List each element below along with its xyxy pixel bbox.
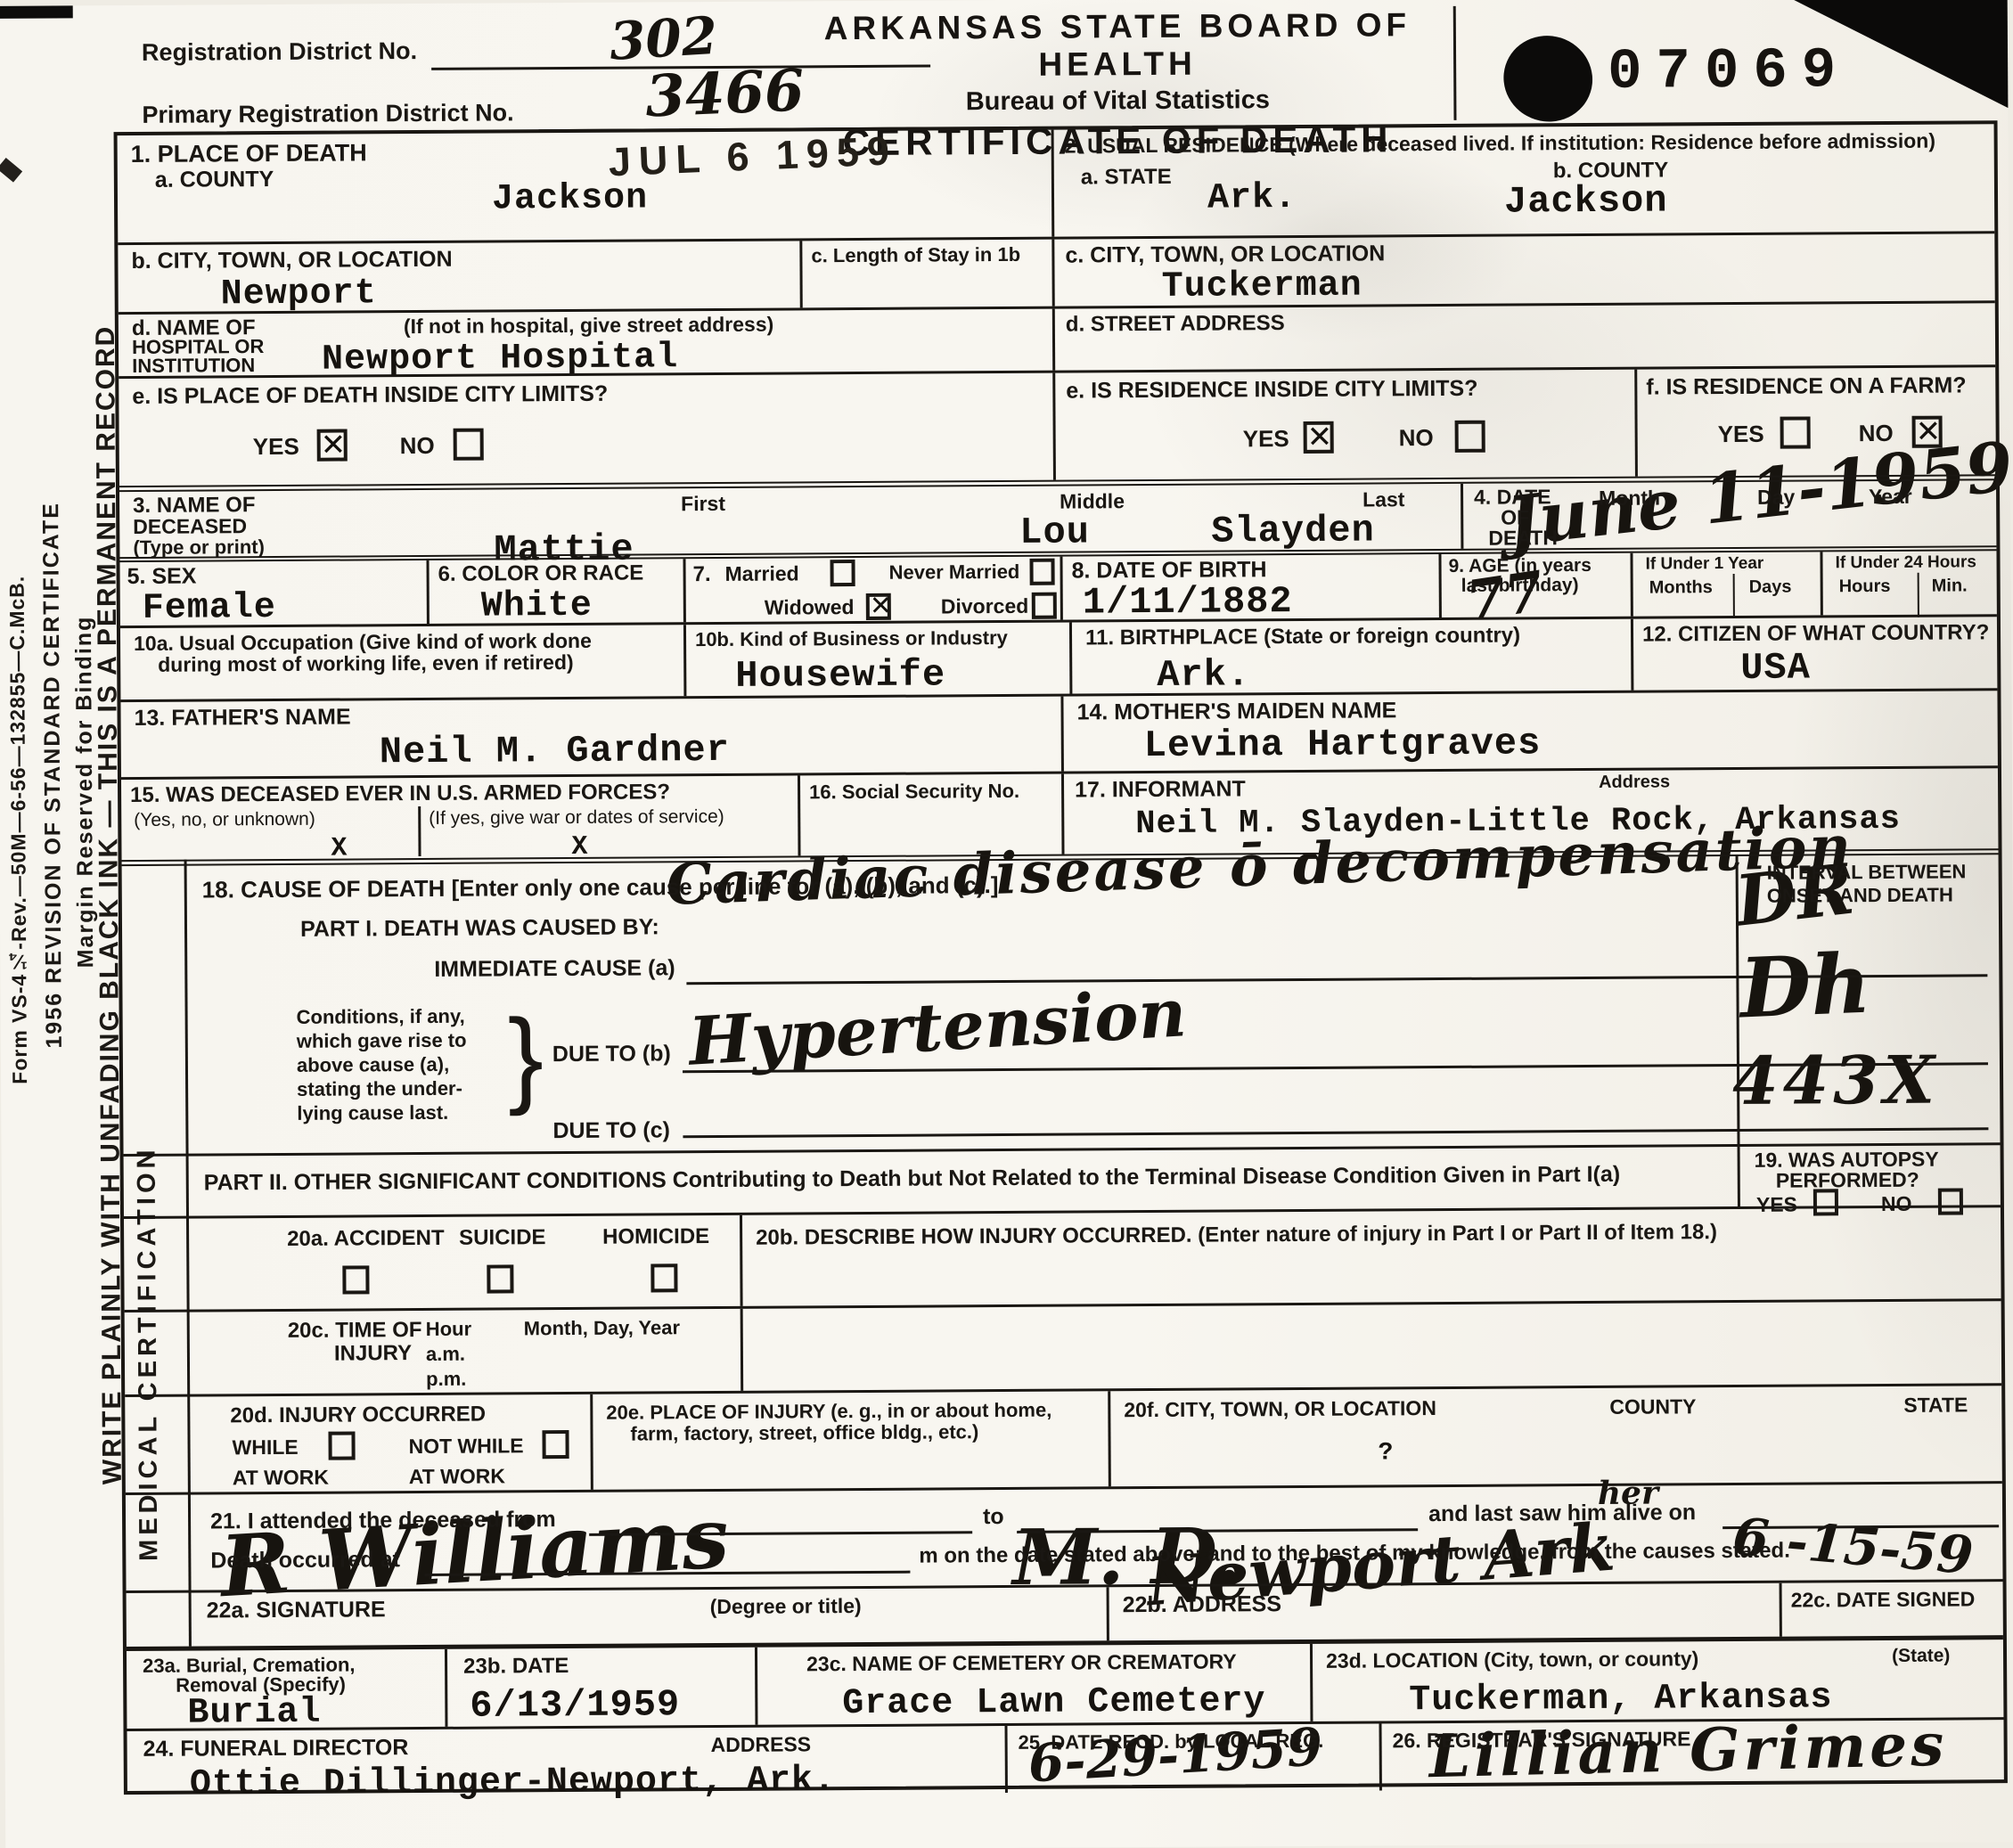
scan-speck xyxy=(0,158,22,183)
row-time-of-injury: 20c. TIME OF INJURY Hour a.m. p.m. Month… xyxy=(125,1298,2002,1394)
field-age: 9. AGE (in years last birthday) xyxy=(1438,553,1630,617)
farm-yes-label: YES xyxy=(1718,421,1764,448)
residence-city-label: c. CITY, TOWN, OR LOCATION xyxy=(1065,241,1385,268)
field-street-address: d. STREET ADDRESS xyxy=(1052,303,1995,370)
field-date-of-birth: 8. DATE OF BIRTH 1/11/1882 xyxy=(1060,554,1438,620)
cause-immediate-label: IMMEDIATE CAUSE (a) xyxy=(434,955,675,983)
not-while-label: NOT WHILE xyxy=(408,1434,523,1459)
checkbox-divorced xyxy=(1032,593,1057,619)
row-funeral-director: 24. FUNERAL DIRECTOR ADDRESS Ottie Dilli… xyxy=(127,1717,2003,1798)
checkbox-place-limits-yes-mark: ✕ xyxy=(321,433,344,458)
dob-value: 1/11/1882 xyxy=(1083,580,1293,624)
place-limits-no-label: NO xyxy=(400,432,435,460)
field-injury-city: 20f. CITY, TOWN, OR LOCATION COUNTY STAT… xyxy=(1108,1386,2002,1486)
field-business-industry: 10b. Kind of Business or Industry Housew… xyxy=(683,623,1069,697)
name-middle-label: Middle xyxy=(1060,489,1125,513)
field-marital-status: 7. Married Never Married Widowed ✕ Divor… xyxy=(683,557,1060,623)
registration-district-value: 302 xyxy=(608,10,718,68)
residence-city-value: Tuckerman xyxy=(1162,266,1362,307)
field-usual-residence: 2. USUAL RESIDENCE (Where deceased lived… xyxy=(1052,124,1995,236)
place-limits-yes-label: YES xyxy=(253,433,299,461)
field-place-of-injury: 20e. PLACE OF INJURY (e. g., in or about… xyxy=(590,1391,1109,1490)
cause-label: 18. CAUSE OF DEATH [Enter only one cause… xyxy=(202,871,999,904)
checkbox-place-limits-no xyxy=(454,429,484,461)
sex-label: 5. SEX xyxy=(127,564,197,590)
margin-form-number: Form VS-4¼-Rev.—50M—6-56—132855—C.McB. xyxy=(4,389,32,1084)
marital-divorced-label: Divorced xyxy=(941,594,1029,619)
funeral-director-value: Ottie Dillinger-Newport, Ark. xyxy=(190,1761,836,1804)
checkbox-not-while-at-work xyxy=(542,1430,569,1459)
field-autopsy: 19. WAS AUTOPSY PERFORMED? YES NO xyxy=(1738,1145,2001,1206)
business-value: Housewife xyxy=(735,653,945,697)
armed-forces-note1: (Yes, no, or unknown) xyxy=(134,809,315,831)
homicide-label: HOMICIDE xyxy=(602,1224,709,1250)
checkbox-place-limits-yes: ✕ xyxy=(317,429,348,462)
residence-limits-label: e. IS RESIDENCE INSIDE CITY LIMITS? xyxy=(1066,376,1477,405)
dod-label-line3: DEATH xyxy=(1488,526,1558,550)
cause-due-b-label: DUE TO (b) xyxy=(552,1041,671,1067)
attended-to-label: to xyxy=(983,1504,1004,1530)
state-sub-label: (State) xyxy=(1892,1646,1950,1667)
date-received-label: 25. DATE RECD. by LOCAL REG. xyxy=(1019,1729,1324,1754)
row-place-residence: 1. PLACE OF DEATH a. COUNTY Jackson 2. U… xyxy=(118,124,1995,242)
cause-part1-label: PART I. DEATH WAS CAUSED BY: xyxy=(300,914,659,942)
field-part2-conditions: PART II. OTHER SIGNIFICANT CONDITIONS Co… xyxy=(186,1147,1738,1216)
scanned-sheet: Form VS-4¼-Rev.—50M—6-56—132855—C.McB. 1… xyxy=(0,0,2013,1848)
field-citizen: 12. CITIZEN OF WHAT COUNTRY? USA xyxy=(1631,617,1997,691)
margin-revision-note: 1956 REVISION OF STANDARD CERTIFICATE xyxy=(38,424,68,1048)
am-label: a.m. xyxy=(426,1343,465,1366)
cemetery-value: Grace Lawn Cemetery xyxy=(842,1681,1265,1724)
field-birthplace: 11. BIRTHPLACE (State or foreign country… xyxy=(1069,619,1631,694)
field-attended-statement: 21. I attended the deceased from to and … xyxy=(188,1484,2003,1590)
row-part2: PART II. OTHER SIGNIFICANT CONDITIONS Co… xyxy=(124,1142,2001,1216)
field-fathers-name: 13. FATHER'S NAME Neil M. Gardner xyxy=(120,697,1060,777)
months-label: Months xyxy=(1649,577,1713,598)
field-date-of-death: 4. DATE OF DEATH Month Day Year xyxy=(1461,480,1996,549)
checkbox-widowed-mark: ✕ xyxy=(870,597,888,617)
checkbox-never-married xyxy=(1029,559,1054,585)
citizen-label: 12. CITIZEN OF WHAT COUNTRY? xyxy=(1642,620,1989,647)
suicide-label: SUICIDE xyxy=(459,1225,546,1251)
social-security-label: 16. Social Security No. xyxy=(809,780,1019,804)
checkbox-farm-yes xyxy=(1780,416,1811,448)
row-injury-details: 20d. INJURY OCCURRED WHILE NOT WHILE AT … xyxy=(125,1383,2002,1492)
funeral-director-label: 24. FUNERAL DIRECTOR xyxy=(143,1735,409,1762)
name-middle-value: Lou xyxy=(1019,511,1090,553)
checkbox-farm-no-mark: ✕ xyxy=(1916,420,1939,445)
burial-date-label: 23b. DATE xyxy=(463,1654,569,1680)
injury-state-label: STATE xyxy=(1903,1393,1968,1417)
pm-label: p.m. xyxy=(426,1368,466,1391)
field-residence-inside-limits: e. IS RESIDENCE INSIDE CITY LIMITS? YES … xyxy=(1052,370,1635,480)
place-city-label: b. CITY, TOWN, OR LOCATION xyxy=(131,247,452,274)
field-name-of-deceased: 3. NAME OF DECEASED (Type or print) Firs… xyxy=(119,484,1461,557)
primary-registration-district-label: Primary Registration District No. xyxy=(142,99,513,129)
fathers-name-value: Neil M. Gardner xyxy=(380,729,730,773)
cemetery-label: 23c. NAME OF CEMETERY OR CREMATORY xyxy=(806,1649,1237,1676)
farm-no-label: NO xyxy=(1859,420,1894,447)
hospital-note: (If not in hospital, give street address… xyxy=(404,313,774,339)
cause-conditions-line5: lying cause last. xyxy=(297,1101,448,1125)
armed-forces-divider xyxy=(418,806,421,856)
citizen-value: USA xyxy=(1740,646,1811,689)
death-occurred-label: Death occurred at xyxy=(210,1547,400,1574)
mothers-maiden-name-value: Levina Hartgraves xyxy=(1144,722,1542,767)
field-length-of-stay: c. Length of Stay in 1b xyxy=(799,240,1052,308)
street-address-label: d. STREET ADDRESS xyxy=(1066,311,1285,338)
degree-or-title-label: (Degree or title) xyxy=(710,1594,862,1619)
field-cemetery-location: 23d. LOCATION (City, town, or county) (S… xyxy=(1310,1639,2004,1721)
field-interval-onset-death: INTERVAL BETWEEN ONSET AND DEATH xyxy=(1736,854,2001,1144)
row-attended-statement: 21. I attended the deceased from to and … xyxy=(126,1481,2003,1590)
dod-month-label: Month xyxy=(1599,487,1660,511)
at-work-label2: AT WORK xyxy=(409,1464,505,1489)
place-county-label: a. COUNTY xyxy=(155,167,274,193)
marital-married-label: Married xyxy=(725,561,799,586)
burial-date-value: 6/13/1959 xyxy=(470,1683,680,1727)
signature-label: 22a. SIGNATURE xyxy=(207,1597,386,1623)
field-burial-type: 23a. Burial, Cremation, Removal (Specify… xyxy=(127,1649,446,1729)
field-time-of-injury-blank xyxy=(741,1301,2002,1391)
row-accident: 20a. ACCIDENT SUICIDE HOMICIDE 20b. DESC… xyxy=(124,1205,2001,1310)
field-place-of-death: 1. PLACE OF DEATH a. COUNTY Jackson xyxy=(118,130,1052,242)
row-cause-of-death: 18. CAUSE OF DEATH [Enter only one cause… xyxy=(122,848,2001,1154)
under-1-year-label: If Under 1 Year xyxy=(1645,554,1763,575)
field-accident-suicide-homicide: 20a. ACCIDENT SUICIDE HOMICIDE xyxy=(186,1215,741,1310)
row-city: b. CITY, TOWN, OR LOCATION Newport c. Le… xyxy=(118,231,1994,312)
field-armed-forces: 15. WAS DECEASED EVER IN U.S. ARMED FORC… xyxy=(121,775,798,860)
board-of-health-title: ARKANSAS STATE BOARD OF HEALTH xyxy=(770,6,1465,86)
field-social-security: 16. Social Security No. xyxy=(798,774,1062,856)
part2-label: PART II. OTHER SIGNIFICANT CONDITIONS Co… xyxy=(204,1162,1621,1197)
row-parents: 13. FATHER'S NAME Neil M. Gardner 14. MO… xyxy=(120,688,1997,777)
while-label: WHILE xyxy=(232,1435,298,1460)
cause-conditions-line2: which gave rise to xyxy=(297,1029,467,1053)
certificate-number: 07069 xyxy=(1608,39,1850,105)
field-place-city: b. CITY, TOWN, OR LOCATION Newport xyxy=(118,241,799,312)
cause-due-c-label: DUE TO (c) xyxy=(552,1117,670,1144)
date-signed-label: 22c. DATE SIGNED xyxy=(1791,1587,1976,1612)
field-sex: 5. SEX Female xyxy=(120,560,427,626)
under-24-hours-divider xyxy=(1918,573,1919,617)
cemetery-location-value: Tuckerman, Arkansas xyxy=(1409,1678,1832,1721)
residence-limits-yes-label: YES xyxy=(1243,425,1289,453)
field-cause-of-death: 18. CAUSE OF DEATH [Enter only one cause… xyxy=(184,856,1738,1154)
row-burial: 23a. Burial, Cremation, Removal (Specify… xyxy=(127,1635,2004,1729)
field-color-race: 6. COLOR OR RACE White xyxy=(426,559,683,624)
injury-county-label: COUNTY xyxy=(1609,1394,1696,1419)
time-of-injury-label-line1: 20c. TIME OF xyxy=(288,1318,422,1344)
certificate-header: Registration District No. 302 Primary Re… xyxy=(128,3,2001,132)
hospital-label-line3: INSTITUTION xyxy=(132,354,255,378)
business-label: 10b. Kind of Business or Industry xyxy=(695,626,1008,651)
name-last-value: Slayden xyxy=(1211,509,1375,552)
row-limits: e. IS PLACE OF DEATH INSIDE CITY LIMITS?… xyxy=(119,364,1996,486)
field-registrar-signature: 26. REGISTRAR'S SIGNATURE xyxy=(1379,1720,2003,1790)
informant-label: 17. INFORMANT xyxy=(1075,776,1246,803)
field-describe-injury: 20b. DESCRIBE HOW INJURY OCCURRED. (Ente… xyxy=(740,1207,2001,1306)
place-county-value: Jackson xyxy=(492,178,648,219)
bureau-subtitle: Bureau of Vital Statistics xyxy=(770,85,1465,119)
place-of-injury-label-line2: farm, factory, street, office bldg., etc… xyxy=(630,1420,978,1445)
registration-district-label: Registration District No. xyxy=(142,37,417,67)
attended-from-line xyxy=(589,1531,972,1536)
field-burial-date: 23b. DATE 6/13/1959 xyxy=(445,1648,756,1727)
cause-conditions-brace: } xyxy=(507,995,544,1118)
name-first-label: First xyxy=(681,492,725,516)
farm-label: f. IS RESIDENCE ON A FARM? xyxy=(1646,372,1966,400)
residence-limits-no-label: NO xyxy=(1399,424,1434,452)
field-cemetery-name: 23c. NAME OF CEMETERY OR CREMATORY Grace… xyxy=(755,1644,1311,1725)
field-usual-occupation: 10a. Usual Occupation (Give kind of work… xyxy=(120,625,683,699)
checkbox-suicide xyxy=(487,1264,513,1293)
marital-never-label: Never Married xyxy=(889,560,1020,585)
field-mothers-maiden-name: 14. MOTHER'S MAIDEN NAME Levina Hartgrav… xyxy=(1060,691,1997,771)
under-24-hours-label: If Under 24 Hours xyxy=(1835,552,1976,573)
checkbox-accident xyxy=(342,1265,369,1294)
race-label: 6. COLOR OR RACE xyxy=(438,560,644,586)
name-last-label: Last xyxy=(1362,487,1404,511)
informant-address-label: Address xyxy=(1599,772,1670,792)
last-saw-line xyxy=(1723,1525,1999,1529)
field-date-signed: 22c. DATE SIGNED xyxy=(1780,1582,2003,1637)
signature-address-label: 22b. ADDRESS xyxy=(1123,1591,1281,1618)
field-date-received: 25. DATE RECD. by LOCAL REG. xyxy=(1004,1723,1379,1793)
place-of-death-label: 1. PLACE OF DEATH xyxy=(131,139,367,168)
checkbox-residence-limits-no xyxy=(1455,421,1485,453)
accident-label: 20a. ACCIDENT xyxy=(287,1226,445,1252)
place-limits-label: e. IS PLACE OF DEATH INSIDE CITY LIMITS? xyxy=(132,381,608,410)
hours-label: Hours xyxy=(1839,576,1891,597)
field-informant: 17. INFORMANT Address Neil M. Slayden-Li… xyxy=(1061,768,1999,854)
fathers-name-label: 13. FATHER'S NAME xyxy=(134,704,350,731)
dod-year-label: Year xyxy=(1869,485,1912,509)
her-correction-handwriting: her xyxy=(1598,1477,1658,1509)
checkbox-widowed: ✕ xyxy=(866,593,891,620)
dod-day-label: Day xyxy=(1757,486,1795,510)
certificate-form: MEDICAL CERTIFICATION 1. PLACE OF DEATH … xyxy=(114,120,2008,1795)
age-label-line2: last birthday) xyxy=(1461,575,1579,597)
row-name-dod: 3. NAME OF DECEASED (Type or print) Firs… xyxy=(119,474,1996,557)
field-place-inside-limits: e. IS PLACE OF DEATH INSIDE CITY LIMITS?… xyxy=(119,373,1053,486)
residence-state-label: a. STATE xyxy=(1081,165,1172,191)
field-residence-on-farm: f. IS RESIDENCE ON A FARM? YES NO ✕ xyxy=(1634,367,1996,476)
time-of-injury-label-line2: INJURY xyxy=(334,1341,412,1367)
field-under-24-hours: If Under 24 Hours Hours Min. xyxy=(1820,551,1996,615)
cause-conditions-line3: above cause (a), xyxy=(297,1053,449,1077)
min-label: Min. xyxy=(1932,576,1968,596)
checkbox-residence-limits-yes-mark: ✕ xyxy=(1307,425,1330,450)
death-occurred-line xyxy=(424,1571,910,1576)
residence-county-value: Jackson xyxy=(1504,179,1668,223)
race-value: White xyxy=(481,586,593,627)
death-certificate-scan: Form VS-4¼-Rev.—50M—6-56—132855—C.McB. 1… xyxy=(0,0,2013,1848)
row-hospital: d. NAME OF HOSPITAL OR INSTITUTION (If n… xyxy=(119,300,1995,376)
checkbox-farm-no: ✕ xyxy=(1912,416,1943,448)
field-injury-at-work: 20d. INJURY OCCURRED WHILE NOT WHILE AT … xyxy=(187,1394,591,1492)
marital-number: 7. xyxy=(693,562,711,587)
cause-conditions-line4: stating the under- xyxy=(297,1077,462,1101)
birthplace-label: 11. BIRTHPLACE (State or foreign country… xyxy=(1085,623,1520,650)
field-signature: 22a. SIGNATURE (Degree or title) xyxy=(189,1587,1107,1646)
cemetery-location-label: 23d. LOCATION (City, town, or county) xyxy=(1326,1647,1698,1673)
days-label: Days xyxy=(1749,577,1792,598)
field-under-1-year: If Under 1 Year Months Days xyxy=(1630,552,1820,616)
informant-value: Neil M. Slayden-Little Rock, Arkansas xyxy=(1135,801,1901,843)
injury-city-label: 20f. CITY, TOWN, OR LOCATION xyxy=(1124,1396,1436,1422)
funeral-director-address-label: ADDRESS xyxy=(711,1732,812,1757)
field-hospital-name: d. NAME OF HOSPITAL OR INSTITUTION (If n… xyxy=(119,309,1052,376)
interval-label-line1: INTERVAL BETWEEN xyxy=(1767,860,1967,884)
cause-conditions-line1: Conditions, if any, xyxy=(297,1005,465,1029)
sex-value: Female xyxy=(143,588,276,629)
checkbox-while-at-work xyxy=(328,1431,355,1460)
describe-injury-label: 20b. DESCRIBE HOW INJURY OCCURRED. (Ente… xyxy=(756,1220,1717,1251)
row-occupation: 10a. Usual Occupation (Give kind of work… xyxy=(120,614,1997,699)
autopsy-label-line2: PERFORMED? xyxy=(1776,1168,1919,1193)
at-work-label1: AT WORK xyxy=(233,1466,329,1491)
occupation-label-line2: during most of working life, even if ret… xyxy=(158,650,574,677)
place-city-value: Newport xyxy=(221,274,377,315)
registrar-signature-label: 26. REGISTRAR'S SIGNATURE xyxy=(1393,1727,1691,1753)
scan-edge-mark xyxy=(0,5,73,19)
attended-pre-label: 21. I attended the deceased from xyxy=(210,1507,556,1534)
month-day-year-label: Month, Day, Year xyxy=(524,1316,680,1340)
attended-to-line xyxy=(1017,1528,1418,1533)
injury-occurred-label: 20d. INJURY OCCURRED xyxy=(230,1402,486,1429)
checkbox-married xyxy=(830,560,855,586)
field-residence-city: c. CITY, TOWN, OR LOCATION Tuckerman xyxy=(1052,233,1994,306)
residence-state-value: Ark. xyxy=(1207,178,1297,219)
birthplace-value: Ark. xyxy=(1157,653,1250,697)
injury-city-stray-mark: ? xyxy=(1379,1439,1395,1467)
checkbox-residence-limits-yes: ✕ xyxy=(1304,421,1334,454)
interval-label-line2: ONSET AND DEATH xyxy=(1767,884,1953,908)
length-of-stay-label: c. Length of Stay in 1b xyxy=(811,243,1020,267)
death-occurred-tail-label: m on the date stated above; and to the b… xyxy=(919,1539,1790,1569)
under-1-year-divider xyxy=(1733,574,1735,618)
armed-forces-label: 15. WAS DECEASED EVER IN U.S. ARMED FORC… xyxy=(130,780,670,808)
row-sex-age: 5. SEX Female 6. COLOR OR RACE White 7. … xyxy=(119,545,1996,626)
usual-residence-label: 2. USUAL RESIDENCE (Where deceased lived… xyxy=(1065,129,1935,159)
mothers-maiden-name-label: 14. MOTHER'S MAIDEN NAME xyxy=(1076,698,1396,725)
field-time-of-injury: 20c. TIME OF INJURY Hour a.m. p.m. Month… xyxy=(187,1309,741,1394)
armed-forces-note2: (If yes, give war or dates of service) xyxy=(429,806,724,830)
marital-widowed-label: Widowed xyxy=(765,595,855,620)
row-armed-informant: 15. WAS DECEASED EVER IN U.S. ARMED FORC… xyxy=(121,765,1999,860)
checkbox-homicide xyxy=(651,1263,677,1292)
field-funeral-director: 24. FUNERAL DIRECTOR ADDRESS Ottie Dilli… xyxy=(127,1726,1005,1798)
hour-label: Hour xyxy=(426,1318,471,1341)
field-signature-address: 22b. ADDRESS xyxy=(1107,1583,1780,1641)
